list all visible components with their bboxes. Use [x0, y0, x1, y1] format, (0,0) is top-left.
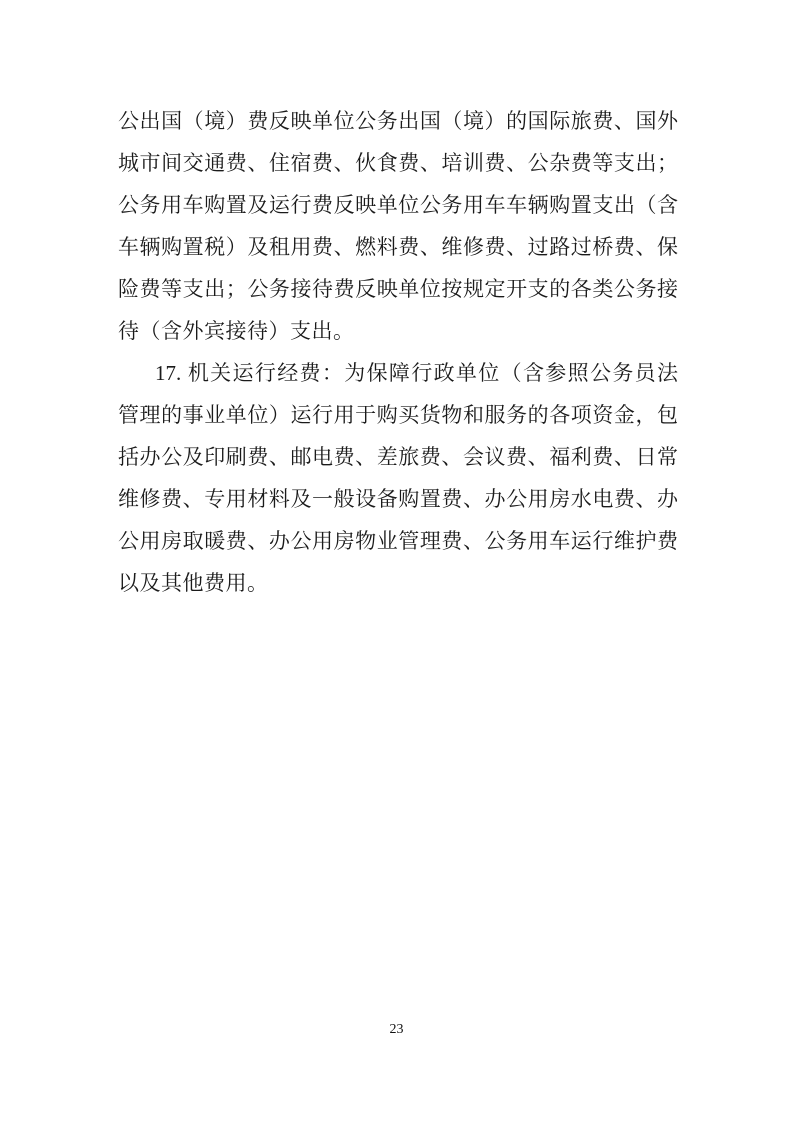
text-line: 待（含外宾接待）支出。	[118, 310, 678, 352]
text-line: 17. 机关运行经费：为保障行政单位（含参照公务员法	[118, 352, 678, 394]
text-line: 险费等支出；公务接待费反映单位按规定开支的各类公务接	[118, 268, 678, 310]
text-line: 维修费、专用材料及一般设备购置费、办公用房水电费、办	[118, 478, 678, 520]
text-line: 括办公及印刷费、邮电费、差旅费、会议费、福利费、日常	[118, 436, 678, 478]
text-line: 车辆购置税）及租用费、燃料费、维修费、过路过桥费、保	[118, 226, 678, 268]
text-line: 管理的事业单位）运行用于购买货物和服务的各项资金，包	[118, 394, 678, 436]
text-line: 公用房取暖费、办公用房物业管理费、公务用车运行维护费	[118, 520, 678, 562]
text-line: 公出国（境）费反映单位公务出国（境）的国际旅费、国外	[118, 100, 678, 142]
page-number: 23	[0, 1020, 793, 1040]
text-line: 公务用车购置及运行费反映单位公务用车车辆购置支出（含	[118, 184, 678, 226]
paragraph-expense-definitions: 公出国（境）费反映单位公务出国（境）的国际旅费、国外 城市间交通费、住宿费、伙食…	[118, 100, 678, 352]
text-line: 以及其他费用。	[118, 562, 678, 604]
paragraph-item-17-operating-funds: 17. 机关运行经费：为保障行政单位（含参照公务员法 管理的事业单位）运行用于购…	[118, 352, 678, 604]
document-body: 公出国（境）费反映单位公务出国（境）的国际旅费、国外 城市间交通费、住宿费、伙食…	[118, 100, 678, 604]
text-line: 城市间交通费、住宿费、伙食费、培训费、公杂费等支出；	[118, 142, 678, 184]
document-page: 公出国（境）费反映单位公务出国（境）的国际旅费、国外 城市间交通费、住宿费、伙食…	[0, 0, 793, 1122]
